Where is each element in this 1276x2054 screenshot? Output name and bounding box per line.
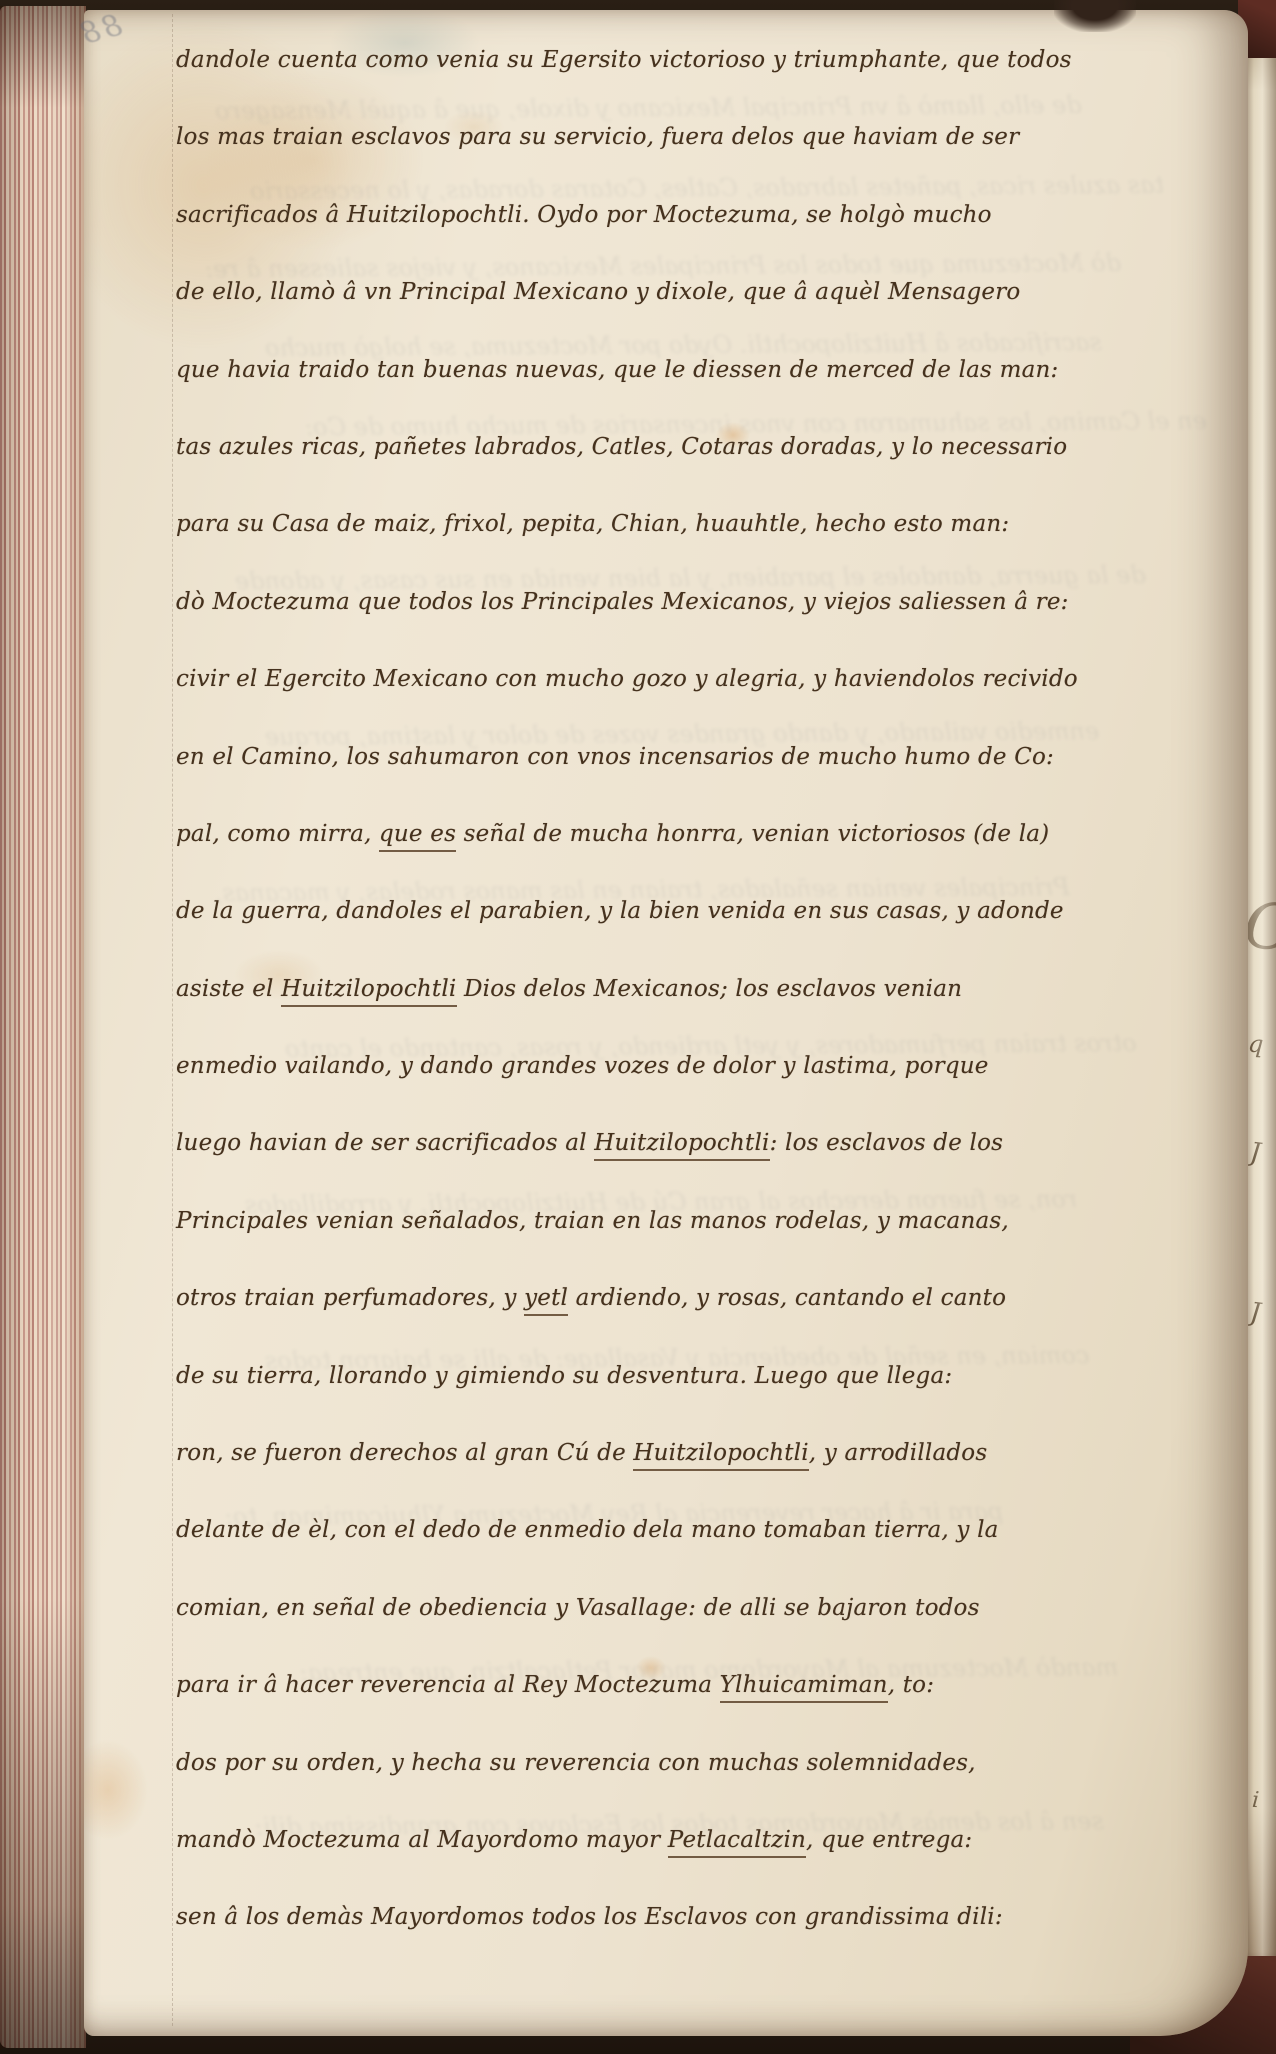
manuscript-line: tas azules ricas, pañetes labrados, Catl…: [176, 409, 982, 486]
adjacent-page-text-fragment: J: [1249, 1140, 1262, 1167]
manuscript-line: sacrificados â Huitzilopochtli. Oydo por…: [176, 177, 982, 254]
book-fore-edge: [0, 6, 86, 2048]
line-text: mandò Moctezuma al Mayordomo mayor: [176, 1827, 668, 1853]
manuscript-line: Principales venian señalados, traian en …: [176, 1183, 982, 1260]
manuscript-line: delante de èl, con el dedo de enmedio de…: [176, 1492, 982, 1569]
line-text: civir el Egercito Mexicano con mucho goz…: [176, 666, 1078, 692]
line-text: asiste el: [176, 976, 281, 1002]
margin-rule: [172, 14, 173, 2026]
line-text: comian, en señal de obediencia y Vasalla…: [176, 1595, 980, 1621]
manuscript-line: dò Moctezuma que todos los Principales M…: [176, 564, 982, 641]
manuscript-line: pal, como mirra, que es señal de mucha h…: [176, 796, 982, 873]
manuscript-line: los mas traian esclavos para su servicio…: [176, 99, 982, 176]
manuscript-line: de la guerra, dandoles el parabien, y la…: [176, 873, 982, 950]
manuscript-line: para ir â hacer reverencia al Rey Moctez…: [176, 1647, 982, 1724]
manuscript-line: que havia traido tan buenas nuevas, que …: [176, 332, 982, 409]
ink-stain: [1054, 0, 1136, 32]
manuscript-line: en el Camino, los sahumaron con vnos inc…: [176, 719, 982, 796]
line-text: delante de èl, con el dedo de enmedio de…: [176, 1517, 999, 1543]
line-text: para su Casa de maiz, frixol, pepita, Ch…: [176, 511, 1009, 537]
line-text: de su tierra, llorando y gimiendo su des…: [176, 1363, 952, 1389]
underlined-word: Huitzilopochtli: [281, 976, 456, 1007]
line-text: para ir â hacer reverencia al Rey Moctez…: [176, 1672, 720, 1698]
underlined-word: Petlacaltzin: [668, 1827, 806, 1858]
line-text: que havia traido tan buenas nuevas, que …: [176, 357, 1058, 383]
manuscript-line: luego havian de ser sacrificados al Huit…: [176, 1105, 982, 1182]
line-text: los mas traian esclavos para su servicio…: [176, 124, 1019, 150]
underlined-word: Huitzilopochtli: [594, 1130, 769, 1161]
adjacent-page-text-fragment: q: [1247, 1031, 1264, 1056]
underlined-word: Huitzilopochtli: [633, 1440, 808, 1471]
line-text: sacrificados â Huitzilopochtli. Oydo por…: [176, 202, 992, 228]
adjacent-page-text-fragment: J: [1249, 1300, 1262, 1327]
manuscript-line: para su Casa de maiz, frixol, pepita, Ch…: [176, 486, 982, 563]
line-text: dos por su orden, y hecha su reverencia …: [176, 1750, 976, 1776]
manuscript-line: de su tierra, llorando y gimiendo su des…: [176, 1338, 982, 1415]
manuscript-photo: O q J J i 88 de ello, llamò â vn Princip…: [0, 0, 1276, 2054]
line-text: ardiendo, y rosas, cantando el canto: [568, 1285, 1006, 1311]
manuscript-line: mandò Moctezuma al Mayordomo mayor Petla…: [176, 1802, 982, 1879]
line-text: pal, como mirra,: [176, 821, 379, 847]
line-text: , y arrodillados: [809, 1440, 988, 1466]
line-text: Principales venian señalados, traian en …: [176, 1208, 1009, 1234]
manuscript-line: enmedio vailando, y dando grandes vozes …: [176, 1028, 982, 1105]
line-text: tas azules ricas, pañetes labrados, Catl…: [176, 434, 1067, 460]
line-text: Dios delos Mexicanos; los esclavos venia…: [457, 976, 963, 1002]
manuscript-line: dandole cuenta como venia su Egersito vi…: [176, 22, 982, 99]
manuscript-text: dandole cuenta como venia su Egersito vi…: [176, 22, 982, 1957]
manuscript-line: comian, en señal de obediencia y Vasalla…: [176, 1570, 982, 1647]
line-text: otros traian perfumadores, y: [176, 1285, 524, 1311]
underlined-word: que es: [379, 821, 456, 852]
line-text: luego havian de ser sacrificados al: [176, 1130, 594, 1156]
manuscript-line: otros traian perfumadores, y yetl ardien…: [176, 1260, 982, 1337]
line-text: en el Camino, los sahumaron con vnos inc…: [176, 744, 1054, 770]
line-text: : los esclavos de los: [770, 1130, 1004, 1156]
line-text: enmedio vailando, y dando grandes vozes …: [176, 1053, 989, 1079]
line-text: , to:: [888, 1672, 934, 1698]
underlined-word: Ylhuicamiman: [720, 1672, 888, 1703]
line-text: sen â los demàs Mayordomos todos los Esc…: [176, 1904, 1003, 1930]
line-text: de ello, llamò â vn Principal Mexicano y…: [176, 279, 1020, 305]
underlined-word: yetl: [524, 1285, 568, 1316]
manuscript-line: asiste el Huitzilopochtli Dios delos Mex…: [176, 951, 982, 1028]
manuscript-line: sen â los demàs Mayordomos todos los Esc…: [176, 1879, 982, 1956]
line-text: , que entrega:: [806, 1827, 972, 1853]
line-text: ron, se fueron derechos al gran Cú de: [176, 1440, 633, 1466]
line-text: señal de mucha honrra, venian victorioso…: [456, 821, 1049, 847]
adjacent-page-text-fragment: i: [1251, 1790, 1260, 1812]
manuscript-line: ron, se fueron derechos al gran Cú de Hu…: [176, 1415, 982, 1492]
line-text: dò Moctezuma que todos los Principales M…: [176, 589, 1069, 615]
manuscript-line: dos por su orden, y hecha su reverencia …: [176, 1725, 982, 1802]
manuscript-line: civir el Egercito Mexicano con mucho goz…: [176, 641, 982, 718]
line-text: de la guerra, dandoles el parabien, y la…: [176, 898, 1064, 924]
manuscript-line: de ello, llamò â vn Principal Mexicano y…: [176, 254, 982, 331]
line-text: dandole cuenta como venia su Egersito vi…: [176, 47, 1072, 73]
